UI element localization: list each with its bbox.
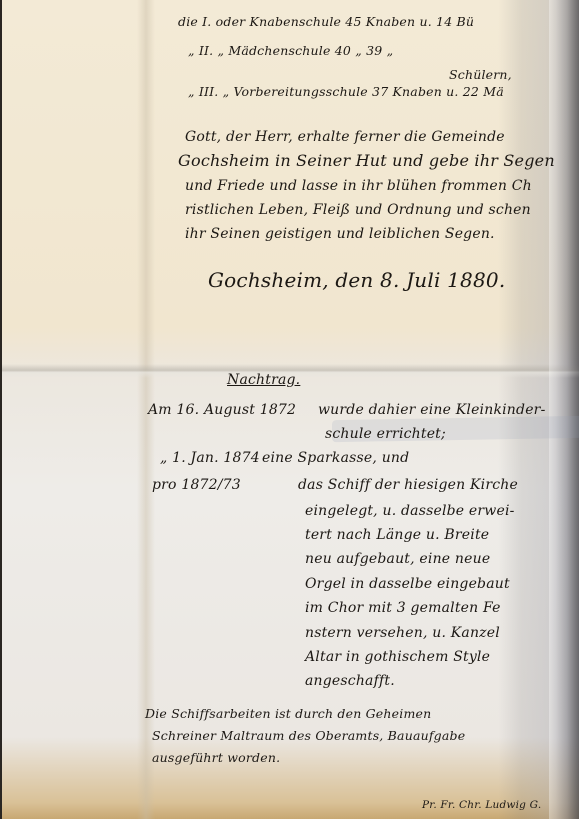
signature: Pr. Fr. Chr. Ludwig G. [422, 799, 541, 811]
manuscript-page: die I. oder Knabenschule 45 Knaben u. 14… [2, 0, 579, 819]
nachtrag-entry-1-text: wurde dahier eine Kleinkinder- [318, 402, 546, 418]
continuation-line-7: Altar in gothischem Style [305, 649, 490, 665]
nachtrag-entry-1-date: Am 16. August 1872 [148, 402, 296, 418]
closing-line-3: ausgeführt worden. [152, 750, 280, 765]
nachtrag-entry-2-text: schule errichtet; [325, 426, 446, 442]
stats-line-1: die I. oder Knabenschule 45 Knaben u. 14… [178, 14, 474, 29]
continuation-line-8: angeschafft. [305, 673, 395, 689]
blessing-line-5: ihr Seinen geistigen und leiblichen Sege… [185, 226, 495, 242]
blessing-line-4: ristlichen Leben, Fleiß und Ordnung und … [185, 202, 531, 218]
continuation-line-1: eingelegt, u. dasselbe erwei- [305, 503, 515, 519]
right-edge-fold [549, 0, 579, 819]
continuation-line-5: im Chor mit 3 gemalten Fe [305, 600, 501, 616]
continuation-line-4: Orgel in dasselbe eingebaut [305, 576, 510, 592]
nachtrag-entry-3-date: „ 1. Jan. 1874 [160, 450, 260, 466]
closing-line-1: Die Schiffsarbeiten ist durch den Geheim… [145, 706, 431, 721]
continuation-line-3: neu aufgebaut, eine neue [305, 551, 490, 567]
nachtrag-entry-3-text: eine Sparkasse, und [262, 450, 409, 466]
stats-line-4: „ III. „ Vorbereitungsschule 37 Knaben u… [188, 84, 504, 99]
closing-line-2: Schreiner Maltraum des Oberamts, Bauaufg… [152, 728, 465, 743]
dateline: Gochsheim, den 8. Juli 1880. [208, 268, 505, 292]
stats-line-3-superscript: Schülern, [449, 67, 512, 82]
blessing-line-1: Gott, der Herr, erhalte ferner die Gemei… [185, 129, 505, 145]
nachtrag-heading: Nachtrag. [227, 372, 300, 388]
blessing-line-2: Gochsheim in Seiner Hut und gebe ihr Seg… [178, 151, 555, 170]
blessing-line-3: und Friede und lasse in ihr blühen fromm… [185, 178, 532, 194]
nachtrag-entry-4-text: das Schiff der hiesigen Kirche [298, 477, 518, 493]
continuation-line-6: nstern versehen, u. Kanzel [305, 625, 500, 641]
continuation-line-2: tert nach Länge u. Breite [305, 527, 489, 543]
nachtrag-entry-4-date: pro 1872/73 [152, 477, 241, 493]
stats-line-2: „ II. „ Mädchenschule 40 „ 39 „ [188, 43, 393, 58]
